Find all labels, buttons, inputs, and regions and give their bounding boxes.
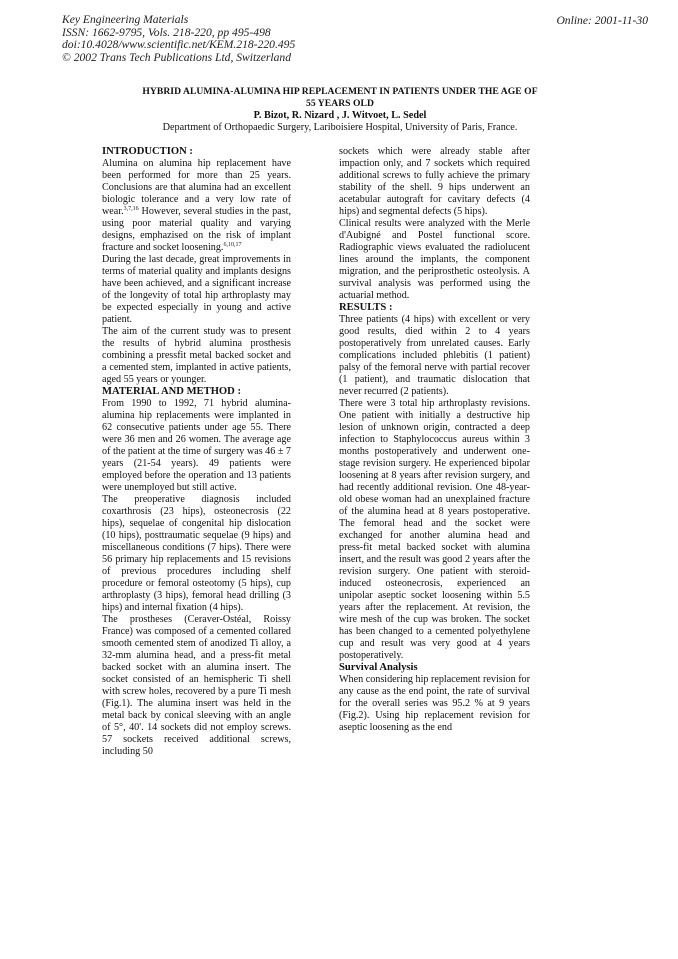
results-heading: RESULTS : xyxy=(339,302,530,314)
copyright-line: © 2002 Trans Tech Publications Ltd, Swit… xyxy=(62,52,295,65)
survival-paragraph-1: When considering hip replacement revisio… xyxy=(339,674,530,734)
citation-ref: 6,10,17 xyxy=(223,242,241,248)
results-paragraph-1: Three patients (4 hips) with excellent o… xyxy=(339,314,530,398)
left-column: INTRODUCTION : Alumina on alumina hip re… xyxy=(102,146,291,758)
methods-paragraph-1: From 1990 to 1992, 71 hybrid alumina-alu… xyxy=(102,398,291,494)
paper-title-line-1: HYBRID ALUMINA-ALUMINA HIP REPLACEMENT I… xyxy=(60,86,620,98)
title-block: HYBRID ALUMINA-ALUMINA HIP REPLACEMENT I… xyxy=(60,86,620,134)
methods-heading: MATERIAL AND METHOD : xyxy=(102,386,291,398)
intro-paragraph-3: The aim of the current study was to pres… xyxy=(102,326,291,386)
results-paragraph-2: There were 3 total hip arthroplasty revi… xyxy=(339,398,530,662)
introduction-heading: INTRODUCTION : xyxy=(102,146,291,158)
paper-title-line-2: 55 YEARS OLD xyxy=(60,98,620,110)
right-column: sockets which were already stable after … xyxy=(339,146,530,734)
intro-paragraph-1: Alumina on alumina hip replacement have … xyxy=(102,158,291,254)
methods-paragraph-3-cont: sockets which were already stable after … xyxy=(339,146,530,218)
survival-heading: Survival Analysis xyxy=(339,662,530,674)
affiliation: Department of Orthopaedic Surgery, Larib… xyxy=(60,122,620,134)
methods-paragraph-2: The preoperative diagnosis included coxa… xyxy=(102,494,291,614)
methods-paragraph-3: The prostheses (Ceraver-Ostéal, Roissy F… xyxy=(102,614,291,758)
journal-header: Key Engineering Materials ISSN: 1662-979… xyxy=(62,14,295,64)
citation-ref: 3,7,16 xyxy=(124,206,139,212)
methods-paragraph-4: Clinical results were analyzed with the … xyxy=(339,218,530,302)
journal-name: Key Engineering Materials xyxy=(62,14,295,27)
doi-line: doi:10.4028/www.scientific.net/KEM.218-2… xyxy=(62,39,295,52)
authors: P. Bizot, R. Nizard , J. Witvoet, L. Sed… xyxy=(60,110,620,122)
intro-text-b: However, several studies in the past, us… xyxy=(102,206,291,253)
online-date: Online: 2001-11-30 xyxy=(556,14,648,27)
intro-paragraph-2: During the last decade, great improvemen… xyxy=(102,254,291,326)
